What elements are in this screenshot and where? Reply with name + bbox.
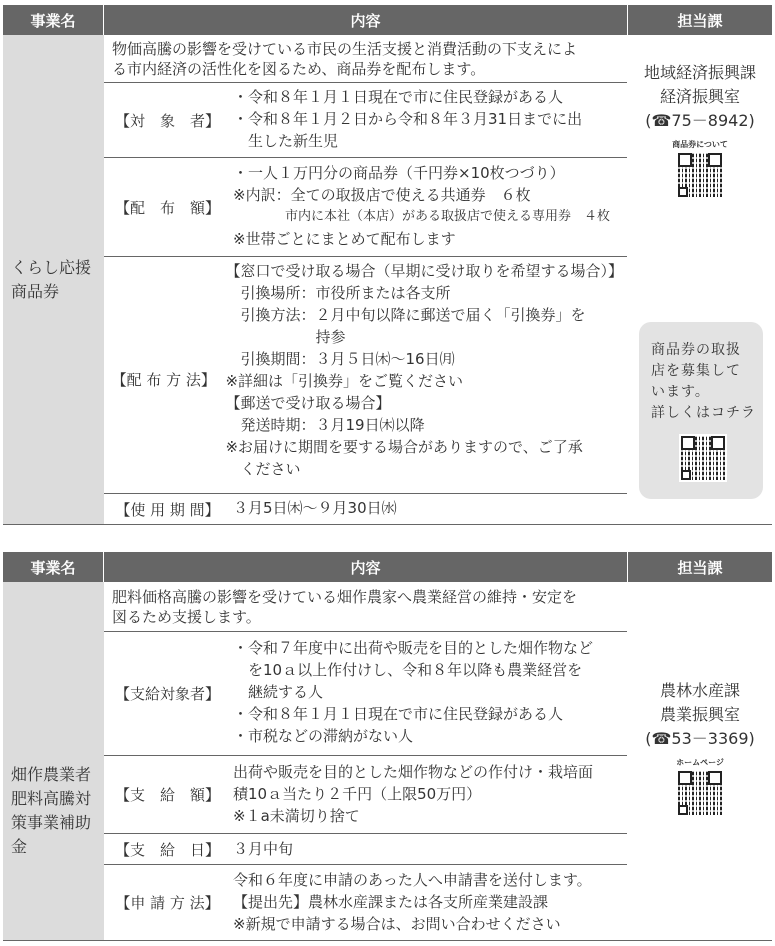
- value-line: 引換場所：市役所または各支所: [225, 282, 623, 304]
- value-line: 発送時期：３月19日㈭以降: [225, 414, 623, 436]
- value-line: ※詳細は「引換券」をご覧ください: [225, 370, 623, 392]
- value-line: 引換期間：３月５日㈭～16日㈪: [225, 348, 623, 370]
- row-label: 【支 給 日】: [104, 834, 231, 864]
- notice-line: います。: [651, 382, 755, 403]
- row-eligible: 【対 象 者】 ・令和８年１月１日現在で市に住民登録がある人 ・令和８年１月２日…: [104, 83, 627, 158]
- row-application-method: 【申 請 方 法】 令和６年度に申請のあった人へ申請書を送付します。 【提出先】…: [104, 865, 627, 940]
- header-content: 内容: [104, 552, 628, 582]
- program-name-cell: くらし応援 商品券: [3, 35, 104, 524]
- program-intro: 物価高騰の影響を受けている市民の生活支援と消費活動の下支えによ る市内経済の活性…: [104, 35, 627, 83]
- qr-code-icon[interactable]: [678, 153, 722, 197]
- department-section: 経済振興室: [628, 85, 772, 109]
- header-program-name: 事業名: [3, 552, 104, 582]
- value-line: ※内訳：全ての取扱店で使える共通券 ６枚: [233, 184, 623, 206]
- row-eligible: 【支給対象者】 ・令和７年度中に出荷や販売を目的とした畑作物など を10ａ以上作…: [104, 632, 627, 756]
- program-name: 商品券: [11, 280, 91, 304]
- table-body: 畑作農業者 肥料高騰対 策事業補助 金 肥料価格高騰の影響を受けている畑作農家へ…: [3, 582, 772, 941]
- value-line: 市内に本社（本店）がある取扱店で使える専用券 ４枚: [233, 206, 623, 228]
- row-label: 【支 給 額】: [104, 756, 231, 833]
- department-section: 農業振興室: [628, 703, 772, 727]
- row-value: ３月中旬: [231, 834, 627, 864]
- value-line: 持参: [225, 326, 623, 348]
- intro-line: 物価高騰の影響を受けている市民の生活支援と消費活動の下支えによ: [112, 39, 619, 59]
- value-line: ※お届けに期間を要する場合がありますので、ご了承: [225, 436, 623, 458]
- program-name: 策事業補助: [11, 811, 91, 835]
- program-name-cell: 畑作農業者 肥料高騰対 策事業補助 金: [3, 582, 104, 940]
- row-amount: 【支 給 額】 出荷や販売を目的とした畑作物などの作付け・栽培面 積10ａ当たり…: [104, 756, 627, 834]
- value-line: を10ａ以上作付けし、令和８年以降も農業経営を: [233, 659, 623, 681]
- value-line: ・令和８年１月１日現在で市に住民登録がある人: [233, 86, 623, 108]
- value-line: ・一人１万円分の商品券（千円券×10枚つづり）: [233, 162, 623, 184]
- program-name: 肥料高騰対: [11, 787, 91, 811]
- row-value: ・一人１万円分の商品券（千円券×10枚つづり） ※内訳：全ての取扱店で使える共通…: [231, 158, 627, 256]
- value-line: 積10ａ当たり２千円（上限50万円）: [233, 783, 623, 805]
- row-value: ・令和８年１月１日現在で市に住民登録がある人 ・令和８年１月２日から令和８年３月…: [231, 83, 627, 157]
- content-cell: 肥料価格高騰の影響を受けている畑作農家へ農業経営の維持・安定を 図るため支援しま…: [104, 582, 628, 940]
- qr-code-icon[interactable]: [678, 771, 722, 815]
- program-name: 畑作農業者: [11, 763, 91, 787]
- value-line: ※新規で申請する場合は、お問い合わせください: [233, 913, 623, 935]
- row-label: 【支給対象者】: [104, 632, 231, 755]
- row-label: 【配 布 額】: [104, 158, 231, 256]
- department-phone: (☎75－8942): [628, 109, 772, 133]
- department-cell: 農林水産課 農業振興室 (☎53－3369) ホームページ: [628, 582, 772, 940]
- notice-line: 商品券の取扱: [651, 340, 755, 361]
- qr-caption: ホームページ: [628, 757, 772, 768]
- table-header: 事業名 内容 担当課: [3, 552, 772, 582]
- department-info: 農林水産課 農業振興室 (☎53－3369): [628, 679, 772, 751]
- intro-line: 肥料価格高騰の影響を受けている畑作農家へ農業経営の維持・安定を: [112, 587, 619, 607]
- department-name: 農林水産課: [628, 679, 772, 703]
- intro-line: る市内経済の活性化を図るため、商品券を配布します。: [112, 59, 619, 79]
- department-cell: 地域経済振興課 経済振興室 (☎75－8942) 商品券について 商品券の取扱 …: [628, 35, 772, 524]
- header-department: 担当課: [628, 5, 772, 35]
- program-name: 金: [11, 835, 91, 859]
- program-table-kurashi: 事業名 内容 担当課 くらし応援 商品券 物価高騰の影響を受けている市民の生活支…: [3, 5, 772, 525]
- intro-line: 図るため支援します。: [112, 607, 619, 627]
- value-line: ※１a未満切り捨て: [233, 805, 623, 827]
- row-payment-date: 【支 給 日】 ３月中旬: [104, 834, 627, 865]
- row-distribution-method: 【配 布 方 法】 【窓口で受け取る場合（早期に受け取りを希望する場合）】 引換…: [104, 257, 627, 494]
- notice-line: 詳しくはコチラ: [651, 403, 755, 424]
- notice-line: 店を募集して: [651, 361, 755, 382]
- value-line: 【郵送で受け取る場合】: [225, 392, 623, 414]
- row-value: ・令和７年度中に出荷や販売を目的とした畑作物など を10ａ以上作付けし、令和８年…: [231, 632, 627, 755]
- value-line: 【窓口で受け取る場合（早期に受け取りを希望する場合）】: [225, 260, 623, 282]
- value-line: ください: [225, 458, 623, 480]
- value-line: ※世帯ごとにまとめて配布します: [233, 228, 623, 250]
- table-body: くらし応援 商品券 物価高騰の影響を受けている市民の生活支援と消費活動の下支えに…: [3, 35, 772, 525]
- department-name: 地域経済振興課: [628, 61, 772, 85]
- row-value: ３月5日㈭～９月30日㈬: [231, 494, 627, 524]
- row-value: 【窓口で受け取る場合（早期に受け取りを希望する場合）】 引換場所：市役所または各…: [223, 257, 627, 493]
- row-label: 【申 請 方 法】: [104, 865, 231, 940]
- header-department: 担当課: [628, 552, 772, 582]
- value-line: 引換方法：２月中旬以降に郵送で届く「引換券」を: [225, 304, 623, 326]
- content-cell: 物価高騰の影響を受けている市民の生活支援と消費活動の下支えによ る市内経済の活性…: [104, 35, 628, 524]
- department-phone: (☎53－3369): [628, 727, 772, 751]
- value-line: ・市税などの滞納がない人: [233, 725, 623, 747]
- value-line: ・令和８年１月１日現在で市に住民登録がある人: [233, 703, 623, 725]
- value-line: 令和６年度に申請のあった人へ申請書を送付します。: [233, 869, 623, 891]
- value-line: ・令和８年１月２日から令和８年３月31日までに出: [233, 108, 623, 130]
- row-value: 令和６年度に申請のあった人へ申請書を送付します。 【提出先】農林水産課または各支…: [231, 865, 627, 940]
- qr-frame: [679, 434, 727, 482]
- header-program-name: 事業名: [3, 5, 104, 35]
- value-line: ・令和７年度中に出荷や販売を目的とした畑作物など: [233, 637, 623, 659]
- qr-code-icon[interactable]: [681, 436, 725, 480]
- row-value: 出荷や販売を目的とした畑作物などの作付け・栽培面 積10ａ当たり２千円（上限50…: [231, 756, 627, 833]
- row-label: 【使 用 期 間】: [104, 494, 231, 524]
- row-label: 【対 象 者】: [104, 83, 231, 157]
- value-line: 生した新生児: [233, 130, 623, 152]
- program-name: くらし応援: [11, 256, 91, 280]
- retailer-recruitment-notice: 商品券の取扱 店を募集して います。 詳しくはコチラ: [639, 322, 763, 499]
- row-label: 【配 布 方 法】: [104, 257, 223, 493]
- value-line: 出荷や販売を目的とした畑作物などの作付け・栽培面: [233, 761, 623, 783]
- value-line: ３月中旬: [233, 838, 623, 860]
- qr-caption: 商品券について: [628, 139, 772, 150]
- program-intro: 肥料価格高騰の影響を受けている畑作農家へ農業経営の維持・安定を 図るため支援しま…: [104, 582, 627, 632]
- program-table-fertilizer: 事業名 内容 担当課 畑作農業者 肥料高騰対 策事業補助 金 肥料価格高騰の影響…: [3, 552, 772, 941]
- value-line: ３月5日㈭～９月30日㈬: [233, 497, 623, 519]
- value-line: 【提出先】農林水産課または各支所産業建設課: [233, 891, 623, 913]
- header-content: 内容: [104, 5, 628, 35]
- table-header: 事業名 内容 担当課: [3, 5, 772, 35]
- value-line: 継続する人: [233, 681, 623, 703]
- row-usage-period: 【使 用 期 間】 ３月5日㈭～９月30日㈬: [104, 494, 627, 524]
- department-info: 地域経済振興課 経済振興室 (☎75－8942): [628, 61, 772, 133]
- row-amount: 【配 布 額】 ・一人１万円分の商品券（千円券×10枚つづり） ※内訳：全ての取…: [104, 158, 627, 257]
